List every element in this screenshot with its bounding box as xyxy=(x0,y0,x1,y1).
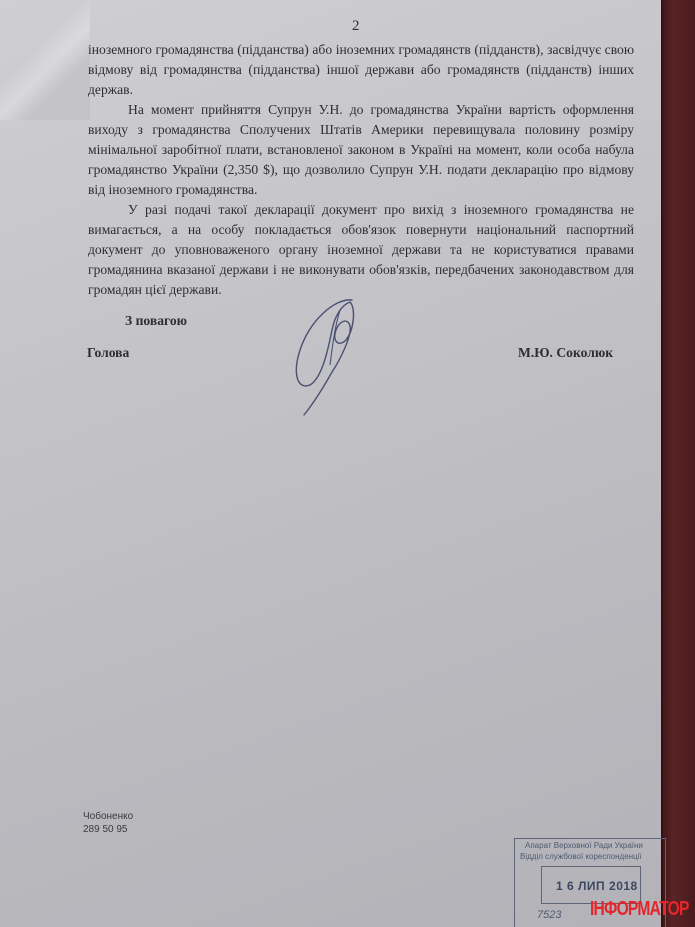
stamp-org: Апарат Верховної Ради України xyxy=(525,841,643,850)
desk-background xyxy=(659,0,695,927)
stamp-dept: Відділ службової кореспонденції xyxy=(520,852,642,861)
paragraph-cost: На момент прийняття Супрун У.Н. до грома… xyxy=(88,100,634,200)
page-number: 2 xyxy=(352,18,360,35)
signer-position: Голова xyxy=(87,345,129,361)
paragraph-declaration: У разі подачі такої декларації документ … xyxy=(88,200,634,300)
handwritten-signature-icon xyxy=(280,290,370,420)
executor-phone: 289 50 95 xyxy=(83,823,133,836)
signer-name: М.Ю. Соколюк xyxy=(518,345,613,361)
stamp-date: 1 6 ЛИП 2018 xyxy=(556,879,638,893)
letter-body: іноземного громадянства (підданства) або… xyxy=(88,40,634,300)
watermark-logo: ІНФОРМАТОР xyxy=(590,898,689,921)
document-page: 2 іноземного громадянства (підданства) а… xyxy=(0,0,661,927)
executor-name: Чобоненко xyxy=(83,810,133,823)
paragraph-continuation: іноземного громадянства (підданства) або… xyxy=(88,40,634,100)
closing-salutation: З повагою xyxy=(125,313,187,329)
executor-info: Чобоненко 289 50 95 xyxy=(83,810,133,836)
stamp-reg-number: 7523 xyxy=(537,909,561,921)
page-fold-shadow xyxy=(0,0,90,120)
